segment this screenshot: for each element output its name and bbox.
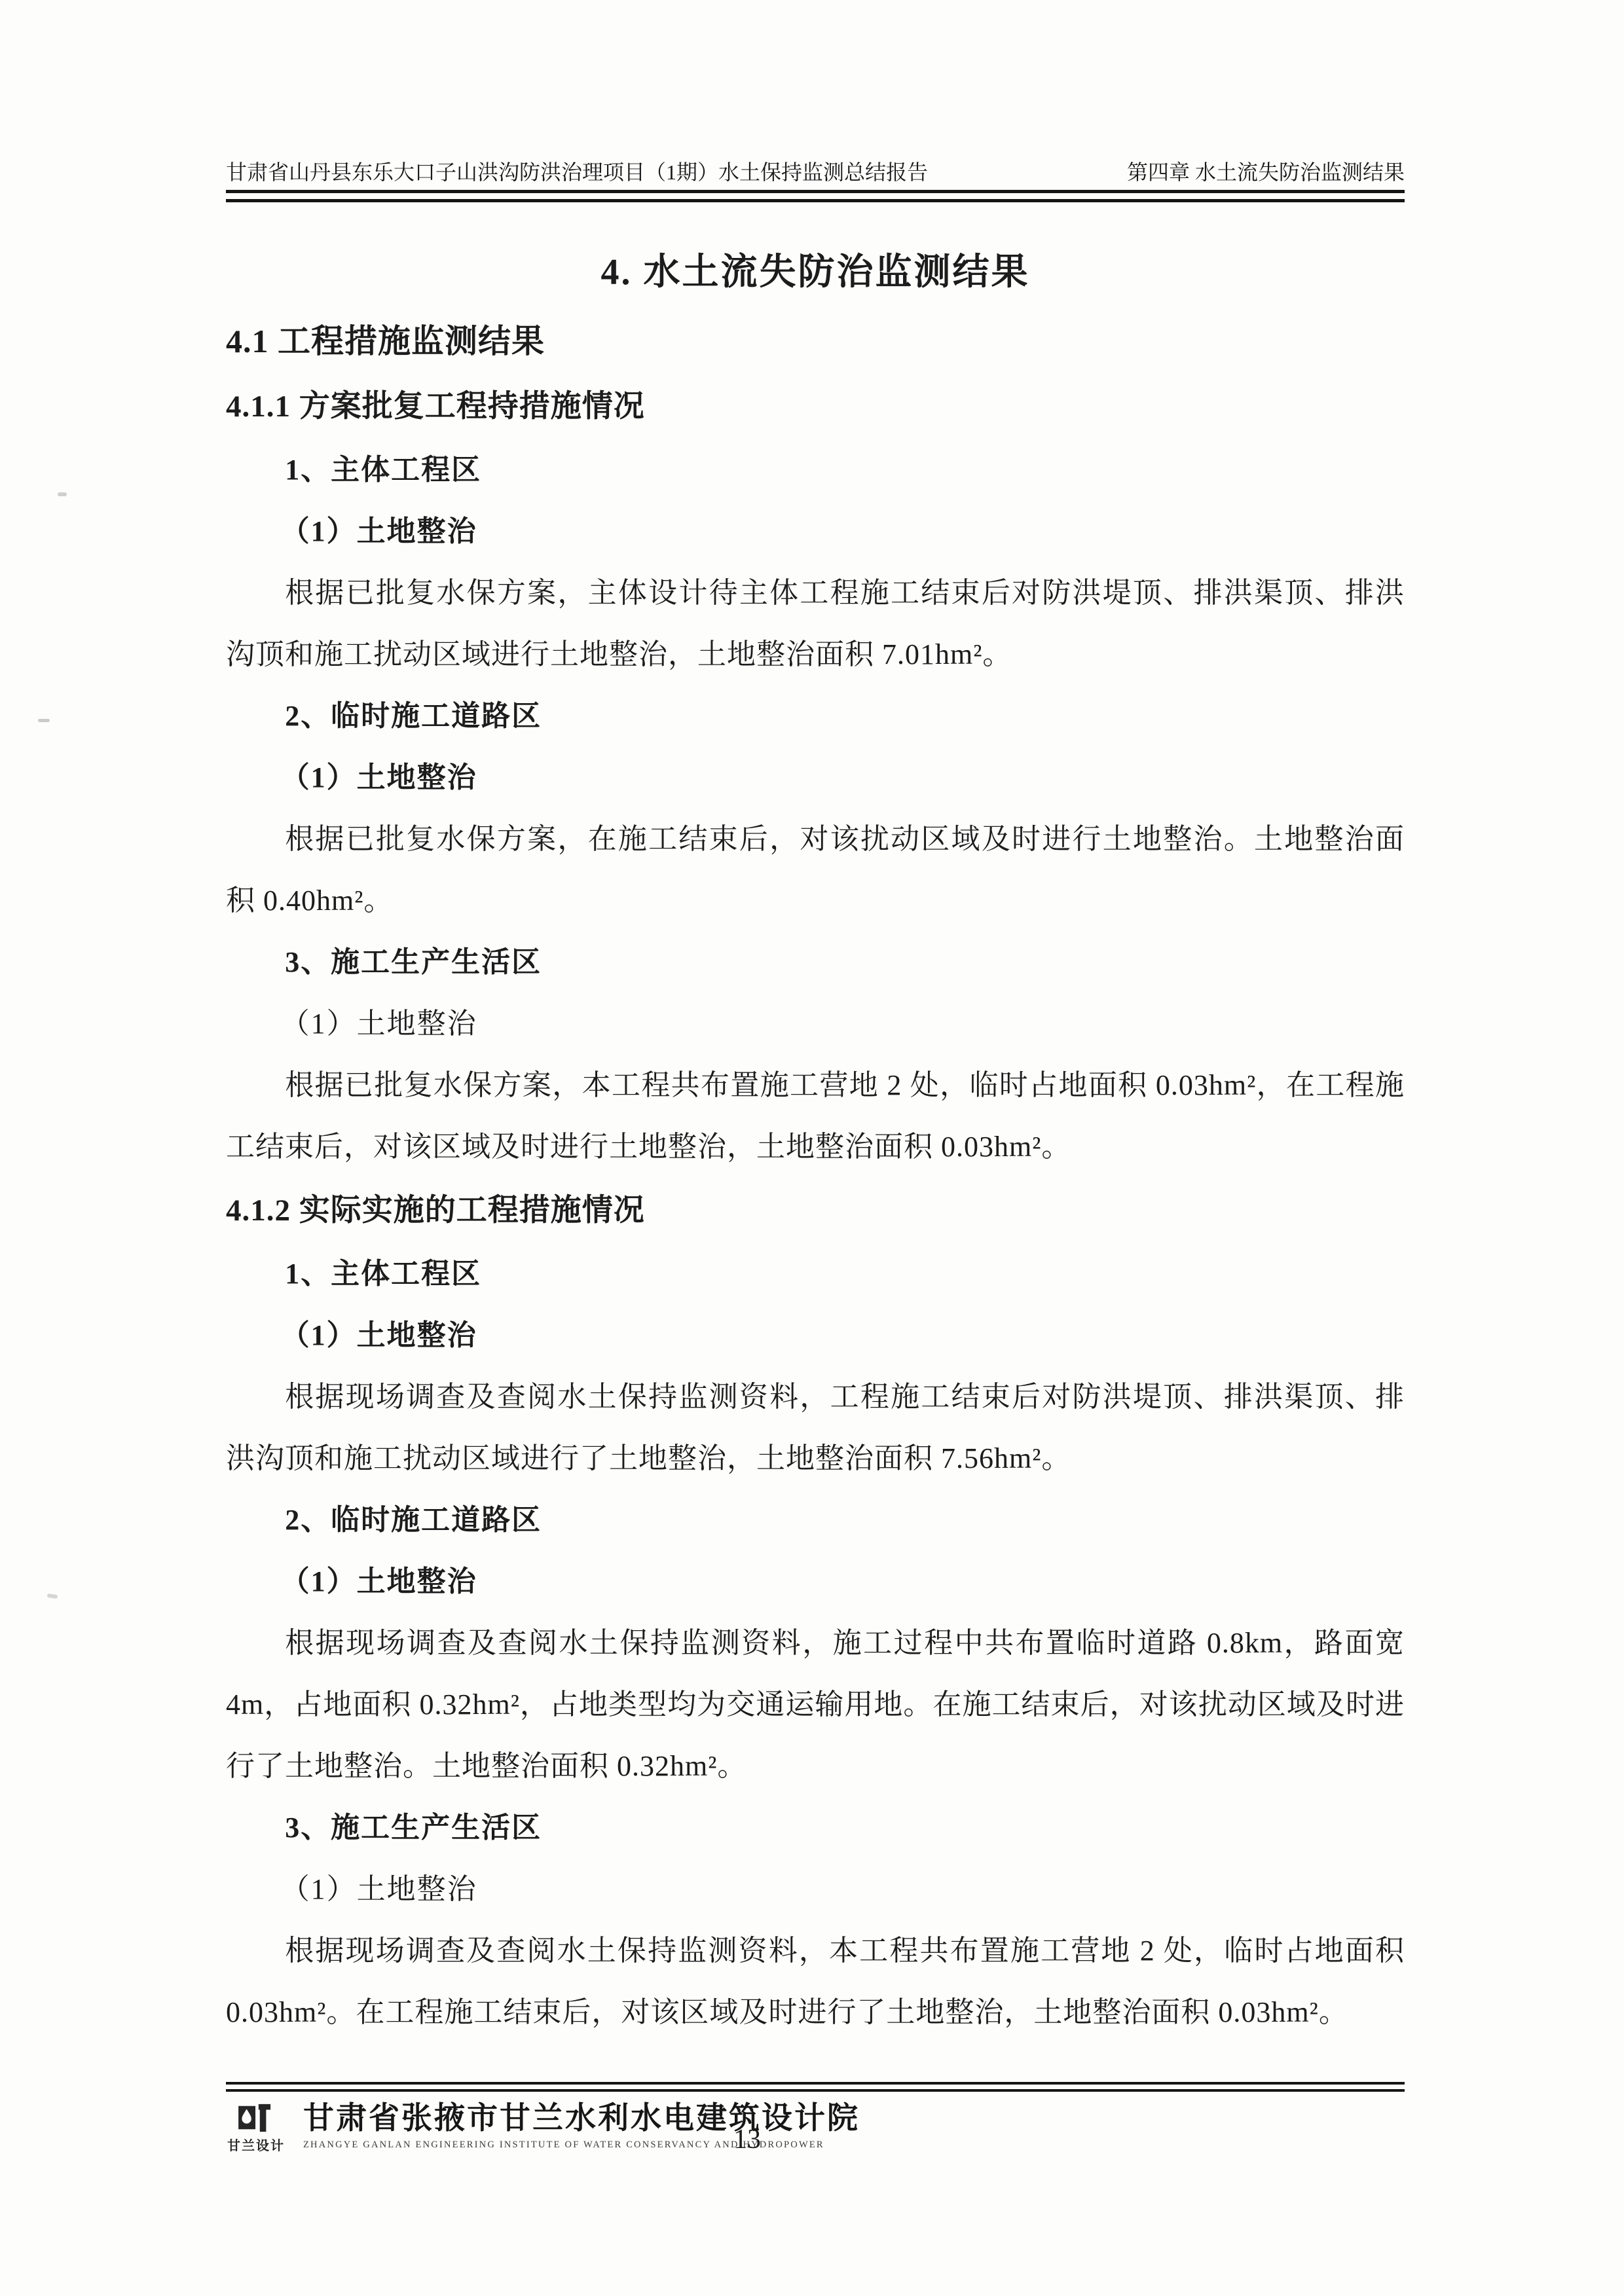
body-paragraph: 根据现场调查及查阅水土保持监测资料，施工过程中共布置临时道路 0.8km，路面宽… <box>226 1613 1405 1797</box>
body-paragraph: 根据现场调查及查阅水土保持监测资料，工程施工结束后对防洪堤顶、排洪渠顶、排洪沟顶… <box>226 1366 1405 1489</box>
subsection-412-1: 1、主体工程区 （1）土地整治 根据现场调查及查阅水土保持监测资料，工程施工结束… <box>226 1243 1405 1489</box>
header-rule <box>226 190 1405 202</box>
body-paragraph: 根据现场调查及查阅水土保持监测资料，本工程共布置施工营地 2 处，临时占地面积 … <box>226 1920 1405 2043</box>
ganlan-logo-icon <box>237 2102 275 2134</box>
scan-artifact <box>47 1594 58 1599</box>
measure-heading: （1）土地整治 <box>226 1305 1405 1366</box>
section-412-heading: 4.1.2 实际实施的工程措施情况 <box>226 1178 1405 1243</box>
area-heading: 1、主体工程区 <box>226 1243 1405 1305</box>
measure-heading: （1）土地整治 <box>226 747 1405 809</box>
logo-caption: 甘兰设计 <box>226 2135 286 2154</box>
section-41-heading: 4.1 工程措施监测结果 <box>226 308 1405 374</box>
header-right-title: 第四章 水土流失防治监测结果 <box>1127 160 1405 185</box>
area-heading: 2、临时施工道路区 <box>226 685 1405 747</box>
page-header: 甘肃省山丹县东乐大口子山洪沟防洪治理项目（1期）水土保持监测总结报告 第四章 水… <box>226 160 1405 185</box>
document-page: 甘肃省山丹县东乐大口子山洪沟防洪治理项目（1期）水土保持监测总结报告 第四章 水… <box>0 0 1624 2296</box>
subsection-412-2: 2、临时施工道路区 （1）土地整治 根据现场调查及查阅水土保持监测资料，施工过程… <box>226 1489 1405 1797</box>
scan-artifact <box>38 719 50 722</box>
subsection-411-1: 1、主体工程区 （1）土地整治 根据已批复水保方案，主体设计待主体工程施工结束后… <box>226 439 1405 685</box>
institute-name-cn: 甘肃省张掖市甘兰水利水电建筑设计院 <box>303 2101 860 2136</box>
scan-artifact <box>58 492 67 496</box>
page-footer: 甘兰设计 甘肃省张掖市甘兰水利水电建筑设计院 ZHANGYE GANLAN EN… <box>226 2077 1405 2154</box>
body-paragraph: 根据已批复水保方案，本工程共布置施工营地 2 处，临时占地面积 0.03hm²，… <box>226 1055 1405 1178</box>
subsection-411-3: 3、施工生产生活区 （1）土地整治 根据已批复水保方案，本工程共布置施工营地 2… <box>226 932 1405 1178</box>
page-number: 13 <box>733 2124 761 2155</box>
area-heading: 2、临时施工道路区 <box>226 1489 1405 1551</box>
institute-logo: 甘兰设计 <box>226 2101 286 2154</box>
measure-heading: （1）土地整治 <box>226 993 1405 1055</box>
header-left-title: 甘肃省山丹县东乐大口子山洪沟防洪治理项目（1期）水土保持监测总结报告 <box>226 160 928 185</box>
measure-heading: （1）土地整治 <box>226 501 1405 562</box>
area-heading: 3、施工生产生活区 <box>226 1797 1405 1859</box>
footer-rule <box>226 2082 1405 2092</box>
measure-heading: （1）土地整治 <box>226 1551 1405 1613</box>
section-411-heading: 4.1.1 方案批复工程持措施情况 <box>226 374 1405 439</box>
institute-name-en: ZHANGYE GANLAN ENGINEERING INSTITUTE OF … <box>303 2140 860 2151</box>
measure-heading: （1）土地整治 <box>226 1859 1405 1920</box>
chapter-title: 4. 水土流失防治监测结果 <box>226 236 1405 308</box>
area-heading: 3、施工生产生活区 <box>226 932 1405 993</box>
institute-name-block: 甘肃省张掖市甘兰水利水电建筑设计院 ZHANGYE GANLAN ENGINEE… <box>303 2101 860 2151</box>
area-heading: 1、主体工程区 <box>226 439 1405 501</box>
body-paragraph: 根据已批复水保方案，主体设计待主体工程施工结束后对防洪堤顶、排洪渠顶、排洪沟顶和… <box>226 562 1405 685</box>
subsection-411-2: 2、临时施工道路区 （1）土地整治 根据已批复水保方案，在施工结束后，对该扰动区… <box>226 685 1405 932</box>
body-paragraph: 根据已批复水保方案，在施工结束后，对该扰动区域及时进行土地整治。土地整治面积 0… <box>226 809 1405 932</box>
subsection-412-3: 3、施工生产生活区 （1）土地整治 根据现场调查及查阅水土保持监测资料，本工程共… <box>226 1797 1405 2043</box>
